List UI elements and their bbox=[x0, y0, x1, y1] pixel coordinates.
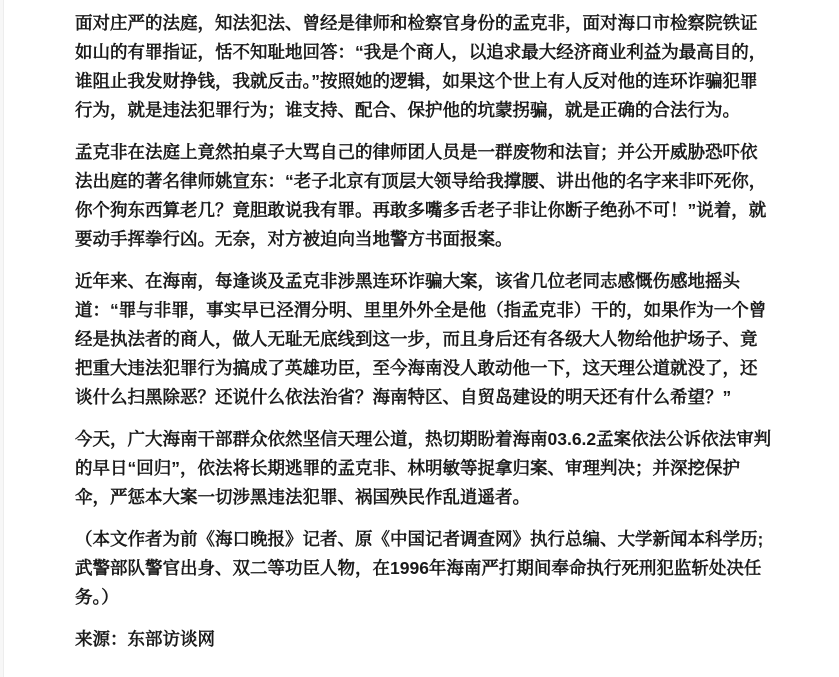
article-paragraph: 今天，广大海南干部群众依然坚信天理公道，热切期盼着海南03.6.2孟案依法公诉依… bbox=[75, 425, 773, 512]
article-paragraph: （本文作者为前《海口晚报》记者、原《中国记者调查网》执行总编、大学新闻本科学历;… bbox=[75, 525, 773, 612]
page-left-edge bbox=[0, 0, 4, 677]
article-paragraph: 近年来、在海南，每逢谈及孟克非涉黑连环诈骗大案，该省几位老同志感慨伤感地摇头道：… bbox=[75, 267, 773, 412]
article-body: 面对庄严的法庭，知法犯法、曾经是律师和检察官身份的孟克非，面对海口市检察院铁证如… bbox=[75, 9, 773, 654]
article-paragraph: 面对庄严的法庭，知法犯法、曾经是律师和检察官身份的孟克非，面对海口市检察院铁证如… bbox=[75, 9, 773, 125]
article-paragraph: 孟克非在法庭上竟然拍桌子大骂自己的律师团人员是一群废物和法盲；并公开威胁恐吓依法… bbox=[75, 138, 773, 254]
source-line: 来源：东部访谈网 bbox=[75, 625, 773, 654]
